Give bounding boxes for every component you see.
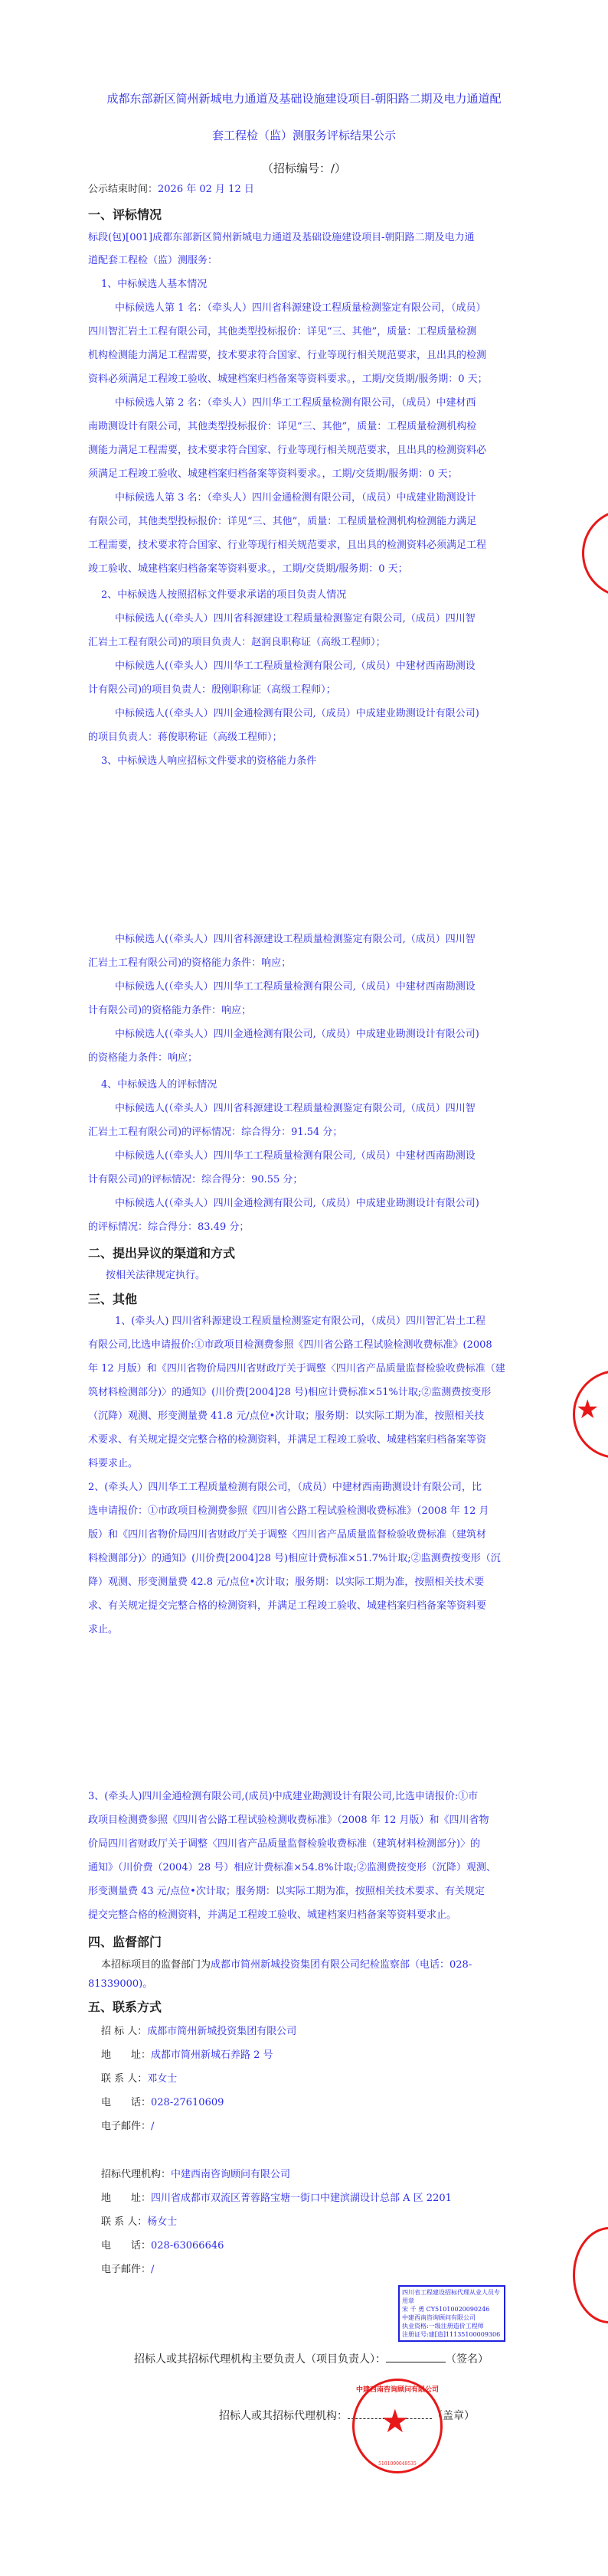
paragraph-line: 资料必须满足工程竣工验收、城建档案归档备案等资料要求。，工期/交货期/服务期：0… (88, 372, 528, 387)
publish-end-time: 公示结束时间：2026 年 02 月 12 日 (88, 182, 528, 197)
paragraph-line: 有限公司，其他类型投标报价：详见“三、其他”，质量：工程质量检测机构检测能力满足 (88, 514, 528, 530)
paragraph-line: 计有限公司)的项目负责人：殷刚职称证（高级工程师）； (88, 683, 528, 698)
subsection-heading: 4、中标候选人的评标情况 (101, 1078, 541, 1093)
objection-text: 按相关法律规定执行。 (106, 1268, 546, 1283)
paragraph-line: 2、(牵头人）四川华工工程质量检测有限公司，（成员）中建材西南勘测设计有限公司，… (88, 1480, 528, 1495)
supervision-text: 本招标项目的监督部门为成都市简州新城投资集团有限公司纪检监察部（电话：028- (101, 1958, 541, 1973)
paragraph-line: 年 12 月版）和《四川省物价局四川省财政厅关于调整〈四川省产品质量监督检验收费… (88, 1361, 528, 1377)
paragraph-line: 须满足工程竣工验收、城建档案归档备案等资料要求。，工期/交货期/服务期：0 天； (88, 467, 528, 482)
paragraph-line: 计有限公司)的资格能力条件：响应； (88, 1003, 528, 1019)
package-line: 标段(包)[001]成都东部新区简州新城电力通道及基础设施建设项目-朝阳路二期及… (88, 230, 528, 246)
agency-name-row: 招标代理机构：中建西南咨询顾问有限公司 (101, 2167, 541, 2183)
package-line: 道配套工程检（监）测服务： (88, 253, 528, 269)
paragraph-line: 有限公司,比选申请报价:①市政项目检测费参照《四川省公路工程试验检测收费标准》(… (88, 1338, 528, 1353)
tender-number: （招标编号：/） (0, 160, 608, 176)
paragraph-line: 计有限公司)的评标情况：综合得分：90.55 分； (88, 1172, 528, 1188)
section-heading-supervision: 四、监督部门 (88, 1932, 162, 1950)
agency-email-row: 电子邮件：/ (101, 2262, 541, 2278)
publish-end-value: 2026 年 02 月 12 日 (158, 184, 254, 195)
agency-phone-row: 电 话：028-63066646 (101, 2239, 541, 2254)
page-title-line-1: 成都东部新区简州新城电力通道及基础设施建设项目-朝阳路二期及电力通道配 (0, 90, 608, 106)
section-heading-other: 三、其他 (88, 1290, 137, 1307)
paragraph-line: 中标候选人(（牵头人）四川金通检测有限公司,（成员）中成建业勘测设计有限公司) (115, 1027, 555, 1042)
paragraph-line: 竣工验收、城建档案归档备案等资料要求。，工期/交货期/服务期：0 天； (88, 562, 528, 577)
tenderer-address-row: 地 址：成都市简州新城石养路 2 号 (101, 2048, 541, 2063)
publish-end-label: 公示结束时间： (88, 184, 158, 195)
paragraph-line: 的资格能力条件：响应； (88, 1051, 528, 1066)
paragraph-line: 中标候选人(（牵头人）四川省科源建设工程质量检测鉴定有限公司,（成员）四川智 (115, 932, 555, 947)
paragraph-line: 四川智汇岩土工程有限公司，其他类型投标报价：详见“三、其他”，质量：工程质量检测 (88, 324, 528, 340)
paragraph-line: 汇岩土工程有限公司)的项目负责人：赵润良职称证（高级工程师）； (88, 635, 528, 651)
paragraph-line: 降）观测、形变测量费 42.8 元/点位•次计取；服务期：以实际工期为准，按照相… (88, 1575, 528, 1590)
seal-star-icon: ★ (576, 1394, 599, 1425)
paragraph-line: 料检测部分)〉的通知》(川价费[2004]28 号)相应计费标准×51.7%计取… (88, 1551, 528, 1567)
paragraph-line: 中标候选人第 1 名：（牵头人）四川省科源建设工程质量检测鉴定有限公司，（成员） (115, 301, 555, 316)
paragraph-line: 料要求止。 (88, 1456, 528, 1472)
paragraph-line: 中标候选人(（牵头人）四川华工工程质量检测有限公司,（成员）中建材西南勘测设 (115, 659, 555, 674)
subsection-heading: 1、中标候选人基本情况 (101, 277, 541, 292)
paragraph-line: 南勘测设计有限公司，其他类型投标报价：详见“三、其他”，质量：工程质量检测机构检 (88, 419, 528, 435)
paragraph-line: 政项目检测费参照《四川省公路工程试验检测收费标准》（2008 年 12 月版）和… (88, 1813, 528, 1828)
supervision-phone-cont: 81339000)。 (88, 1977, 528, 1992)
paragraph-line: 提交完整合格的检测资料，并满足工程竣工验收、城建档案归档备案等资料要求止。 (88, 1908, 528, 1923)
paragraph-line: 中标候选人(（牵头人）四川省科源建设工程质量检测鉴定有限公司,（成员）四川智 (115, 1101, 555, 1117)
paragraph-line: （沉降）观测、形变测量费 41.8 元/点位•次计取；服务期：以实际工期为准，按… (88, 1409, 528, 1424)
paragraph-line: 中标候选人(（牵头人）四川金通检测有限公司,（成员）中成建业勘测设计有限公司) (115, 706, 555, 722)
paragraph-line: 中标候选人(（牵头人）四川金通检测有限公司,（成员）中成建业勘测设计有限公司) (115, 1196, 555, 1211)
paragraph-line: 形变测量费 43 元/点位•次计取；服务期：以实际工期为准，按照相关技术要求、有… (88, 1884, 528, 1899)
paragraph-line: 中标候选人(（牵头人）四川省科源建设工程质量检测鉴定有限公司,（成员）四川智 (115, 611, 555, 627)
supervision-department: 成都市简州新城投资集团有限公司纪检监察部（电话：028- (211, 1959, 472, 1971)
subsection-heading: 3、中标候选人响应招标文件要求的资格能力条件 (101, 754, 541, 769)
paragraph-line: 求、有关规定提交完整合格的检测资料，并满足工程竣工验收、城建档案归档备案等资料要 (88, 1599, 528, 1614)
paragraph-line: 求止。 (88, 1622, 528, 1638)
paragraph-line: 1、(牵头人) 四川省科源建设工程质量检测鉴定有限公司，（成员）四川智汇岩土工程 (115, 1314, 555, 1329)
paragraph-line: 汇岩土工程有限公司)的评标情况：综合得分：91.54 分； (88, 1125, 528, 1140)
agency-contact-row: 联 系 人：杨女士 (101, 2215, 541, 2230)
supervision-prefix: 本招标项目的监督部门为 (101, 1959, 211, 1971)
paragraph-line: 的项目负责人：蒋俊职称证（高级工程师）； (88, 730, 528, 745)
tenderer-contact-row: 联 系 人：邓女士 (101, 2072, 541, 2087)
signature-blank (386, 2351, 446, 2362)
personal-seal: 四川省工程建设招标代理从业人员专用章 宋 千 勇 CY5101002009024… (398, 2285, 505, 2342)
paragraph-line: 工程需要，技术要求符合国家、行业等现行相关规范要求，且出具的检测资料必须满足工程 (88, 538, 528, 553)
signature-line: 招标人或其招标代理机构主要负责人（项目负责人）：（签名） (134, 2351, 489, 2366)
section-heading-objection: 二、提出异议的渠道和方式 (88, 1244, 235, 1261)
paragraph-line: 3、(牵头人)四川金通检测有限公司,(成员)中成建业勘测设计有限公司,比选申请报… (88, 1789, 528, 1805)
paragraph-line: 的评标情况：综合得分：83.49 分； (88, 1220, 528, 1235)
paragraph-line: 中标候选人(（牵头人）四川华工工程质量检测有限公司,（成员）中建材西南勘测设 (115, 1149, 555, 1164)
paragraph-line: 中标候选人第 2 名：（牵头人）四川华工工程质量检测有限公司，（成员）中建材西 (115, 396, 555, 411)
paragraph-line: 中标候选人(（牵头人）四川华工工程质量检测有限公司,（成员）中建材西南勘测设 (115, 980, 555, 995)
paragraph-line: 汇岩土工程有限公司)的资格能力条件：响应； (88, 956, 528, 971)
paragraph-line: 中标候选人第 3 名：（牵头人）四川金通检测有限公司，（成员）中成建业勘测设计 (115, 491, 555, 506)
section-heading-evaluation: 一、评标情况 (88, 205, 162, 223)
page-title-line-2: 套工程检（监）测服务评标结果公示 (0, 127, 608, 143)
paragraph-line: 机构检测能力满足工程需要，技术要求符合国家、行业等现行相关规范要求，且出具的检测 (88, 348, 528, 364)
paragraph-line: 通知》（川价费（2004）28 号）相应计费标准×54.8%计取;②监测费按变形… (88, 1860, 528, 1876)
agency-address-row: 地 址：四川省成都市双流区菁蓉路宝塘一街口中建滨湖设计总部 A 区 2201 (101, 2191, 541, 2206)
tenderer-email-row: 电子邮件：/ (101, 2119, 541, 2134)
company-seal-fragment (582, 509, 608, 598)
paragraph-line: 术要求、有关规定提交完整合格的检测资料，并满足工程竣工验收、城建档案归档备案等资 (88, 1433, 528, 1448)
tenderer-name-row: 招 标 人：成都市简州新城投资集团有限公司 (101, 2024, 541, 2040)
tenderer-phone-row: 电 话：028-27610609 (101, 2095, 541, 2111)
paragraph-line: 价局四川省财政厅关于调整〈四川省产品质量监督检验收费标准（建筑材料检测部分)〉的 (88, 1837, 528, 1852)
paragraph-line: 版）和《四川省物价局四川省财政厅关于调整〈四川省产品质量监督检验收费标准（建筑材 (88, 1528, 528, 1543)
company-seal-fragment (573, 2227, 608, 2323)
paragraph-line: 选申请报价：①市政项目检测费参照《四川省公路工程试验检测收费标准》（2008 年… (88, 1504, 528, 1519)
subsection-heading: 2、中标候选人按照招标文件要求承诺的项目负责人情况 (101, 588, 541, 603)
paragraph-line: 筑材料检测部分)〉的通知》(川价费[2004]28 号)相应计费标准×51%计取… (88, 1385, 528, 1400)
company-seal: ★ 中建西南咨询顾问有限公司 5101090049535 (352, 2379, 443, 2473)
section-heading-contact: 五、联系方式 (88, 1997, 162, 2015)
seal-star-icon: ★ (381, 2402, 410, 2440)
paragraph-line: 测能力满足工程需要，技术要求符合国家、行业等现行相关规范要求，且出具的检测资料必 (88, 443, 528, 458)
